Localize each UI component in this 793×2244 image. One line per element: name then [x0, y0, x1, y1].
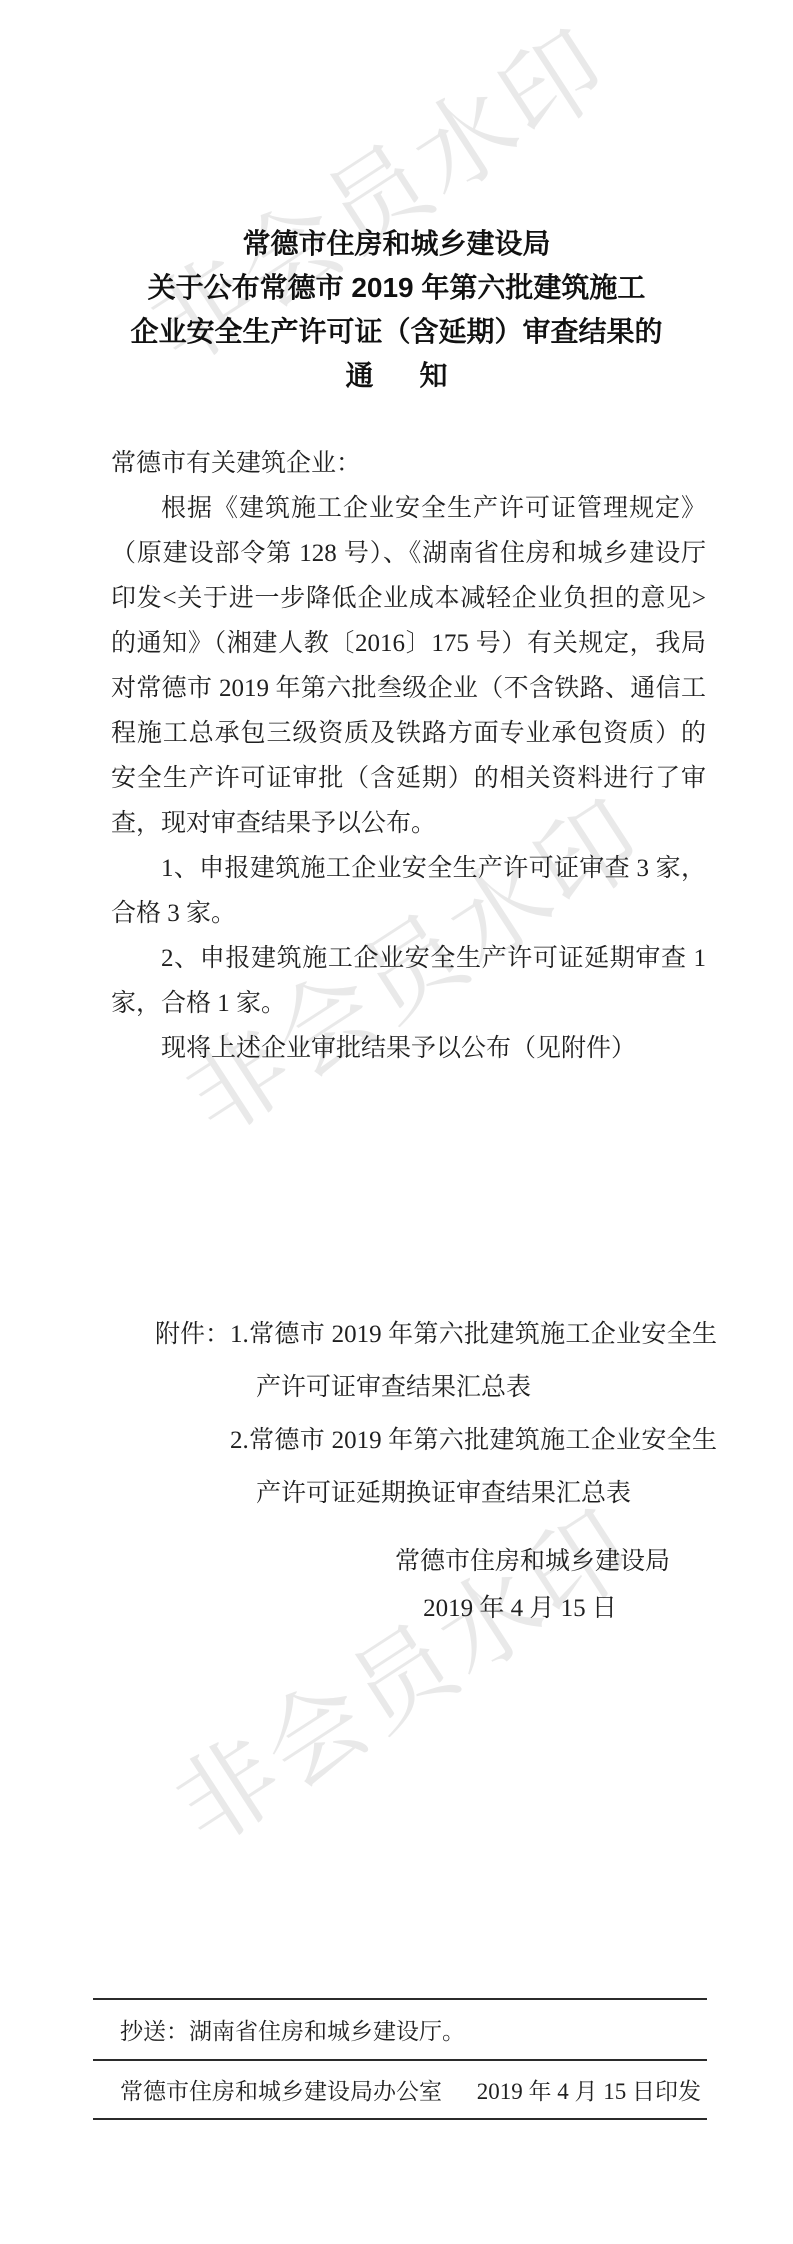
- salutation: 常德市有关建筑企业：: [111, 441, 706, 486]
- title-line-notice: 通知: [0, 354, 793, 398]
- attachments-label: 附件：: [155, 1308, 230, 1361]
- body-paragraph: 现将上述企业审批结果予以公布（见附件）: [111, 1026, 706, 1071]
- signature-date: 2019 年 4 月 15 日: [395, 1585, 645, 1632]
- attachment-item: 2.常德市 2019 年第六批建筑施工企业安全生产许可证延期换证审查结果汇总表: [230, 1414, 717, 1520]
- title-line-subject-2: 企业安全生产许可证（含延期）审查结果的: [0, 310, 793, 354]
- notice-content: 常德市住房和城乡建设局 关于公布常德市 2019 年第六批建筑施工 企业安全生产…: [0, 0, 793, 2244]
- footer-block: 抄送：湖南省住房和城乡建设厅。 常德市住房和城乡建设局办公室 2019 年 4 …: [93, 1998, 707, 2120]
- body-paragraph: 1、申报建筑施工企业安全生产许可证审查 3 家，合格 3 家。: [111, 846, 706, 936]
- notice-body: 常德市有关建筑企业： 根据《建筑施工企业安全生产许可证管理规定》（原建设部令第 …: [111, 441, 706, 1071]
- notice-title: 常德市住房和城乡建设局 关于公布常德市 2019 年第六批建筑施工 企业安全生产…: [0, 222, 793, 398]
- footer-office: 常德市住房和城乡建设局办公室: [120, 2073, 442, 2106]
- title-notice-char-left: 通: [345, 360, 373, 391]
- footer-cc-line: 抄送：湖南省住房和城乡建设厅。: [93, 2000, 707, 2061]
- title-notice-char-right: 知: [420, 360, 448, 391]
- title-line-subject-1: 关于公布常德市 2019 年第六批建筑施工: [0, 266, 793, 310]
- attachments-block: 附件： 1.常德市 2019 年第六批建筑施工企业安全生产许可证审查结果汇总表 …: [155, 1308, 717, 1520]
- attachments-list: 1.常德市 2019 年第六批建筑施工企业安全生产许可证审查结果汇总表 2.常德…: [230, 1308, 717, 1520]
- footer-print-date: 2019 年 4 月 15 日印发: [477, 2073, 701, 2106]
- signature-block: 常德市住房和城乡建设局 2019 年 4 月 15 日: [395, 1538, 645, 1632]
- footer-office-row: 常德市住房和城乡建设局办公室 2019 年 4 月 15 日印发: [93, 2061, 707, 2118]
- body-paragraph: 根据《建筑施工企业安全生产许可证管理规定》（原建设部令第 128 号）、《湖南省…: [111, 486, 706, 846]
- document-page: { "document": { "watermark": { "text": "…: [0, 0, 793, 2244]
- attachment-item: 1.常德市 2019 年第六批建筑施工企业安全生产许可证审查结果汇总表: [230, 1308, 717, 1414]
- body-paragraph: 2、申报建筑施工企业安全生产许可证延期审查 1 家，合格 1 家。: [111, 936, 706, 1026]
- title-line-issuer: 常德市住房和城乡建设局: [0, 222, 793, 266]
- signature-org: 常德市住房和城乡建设局: [395, 1538, 645, 1585]
